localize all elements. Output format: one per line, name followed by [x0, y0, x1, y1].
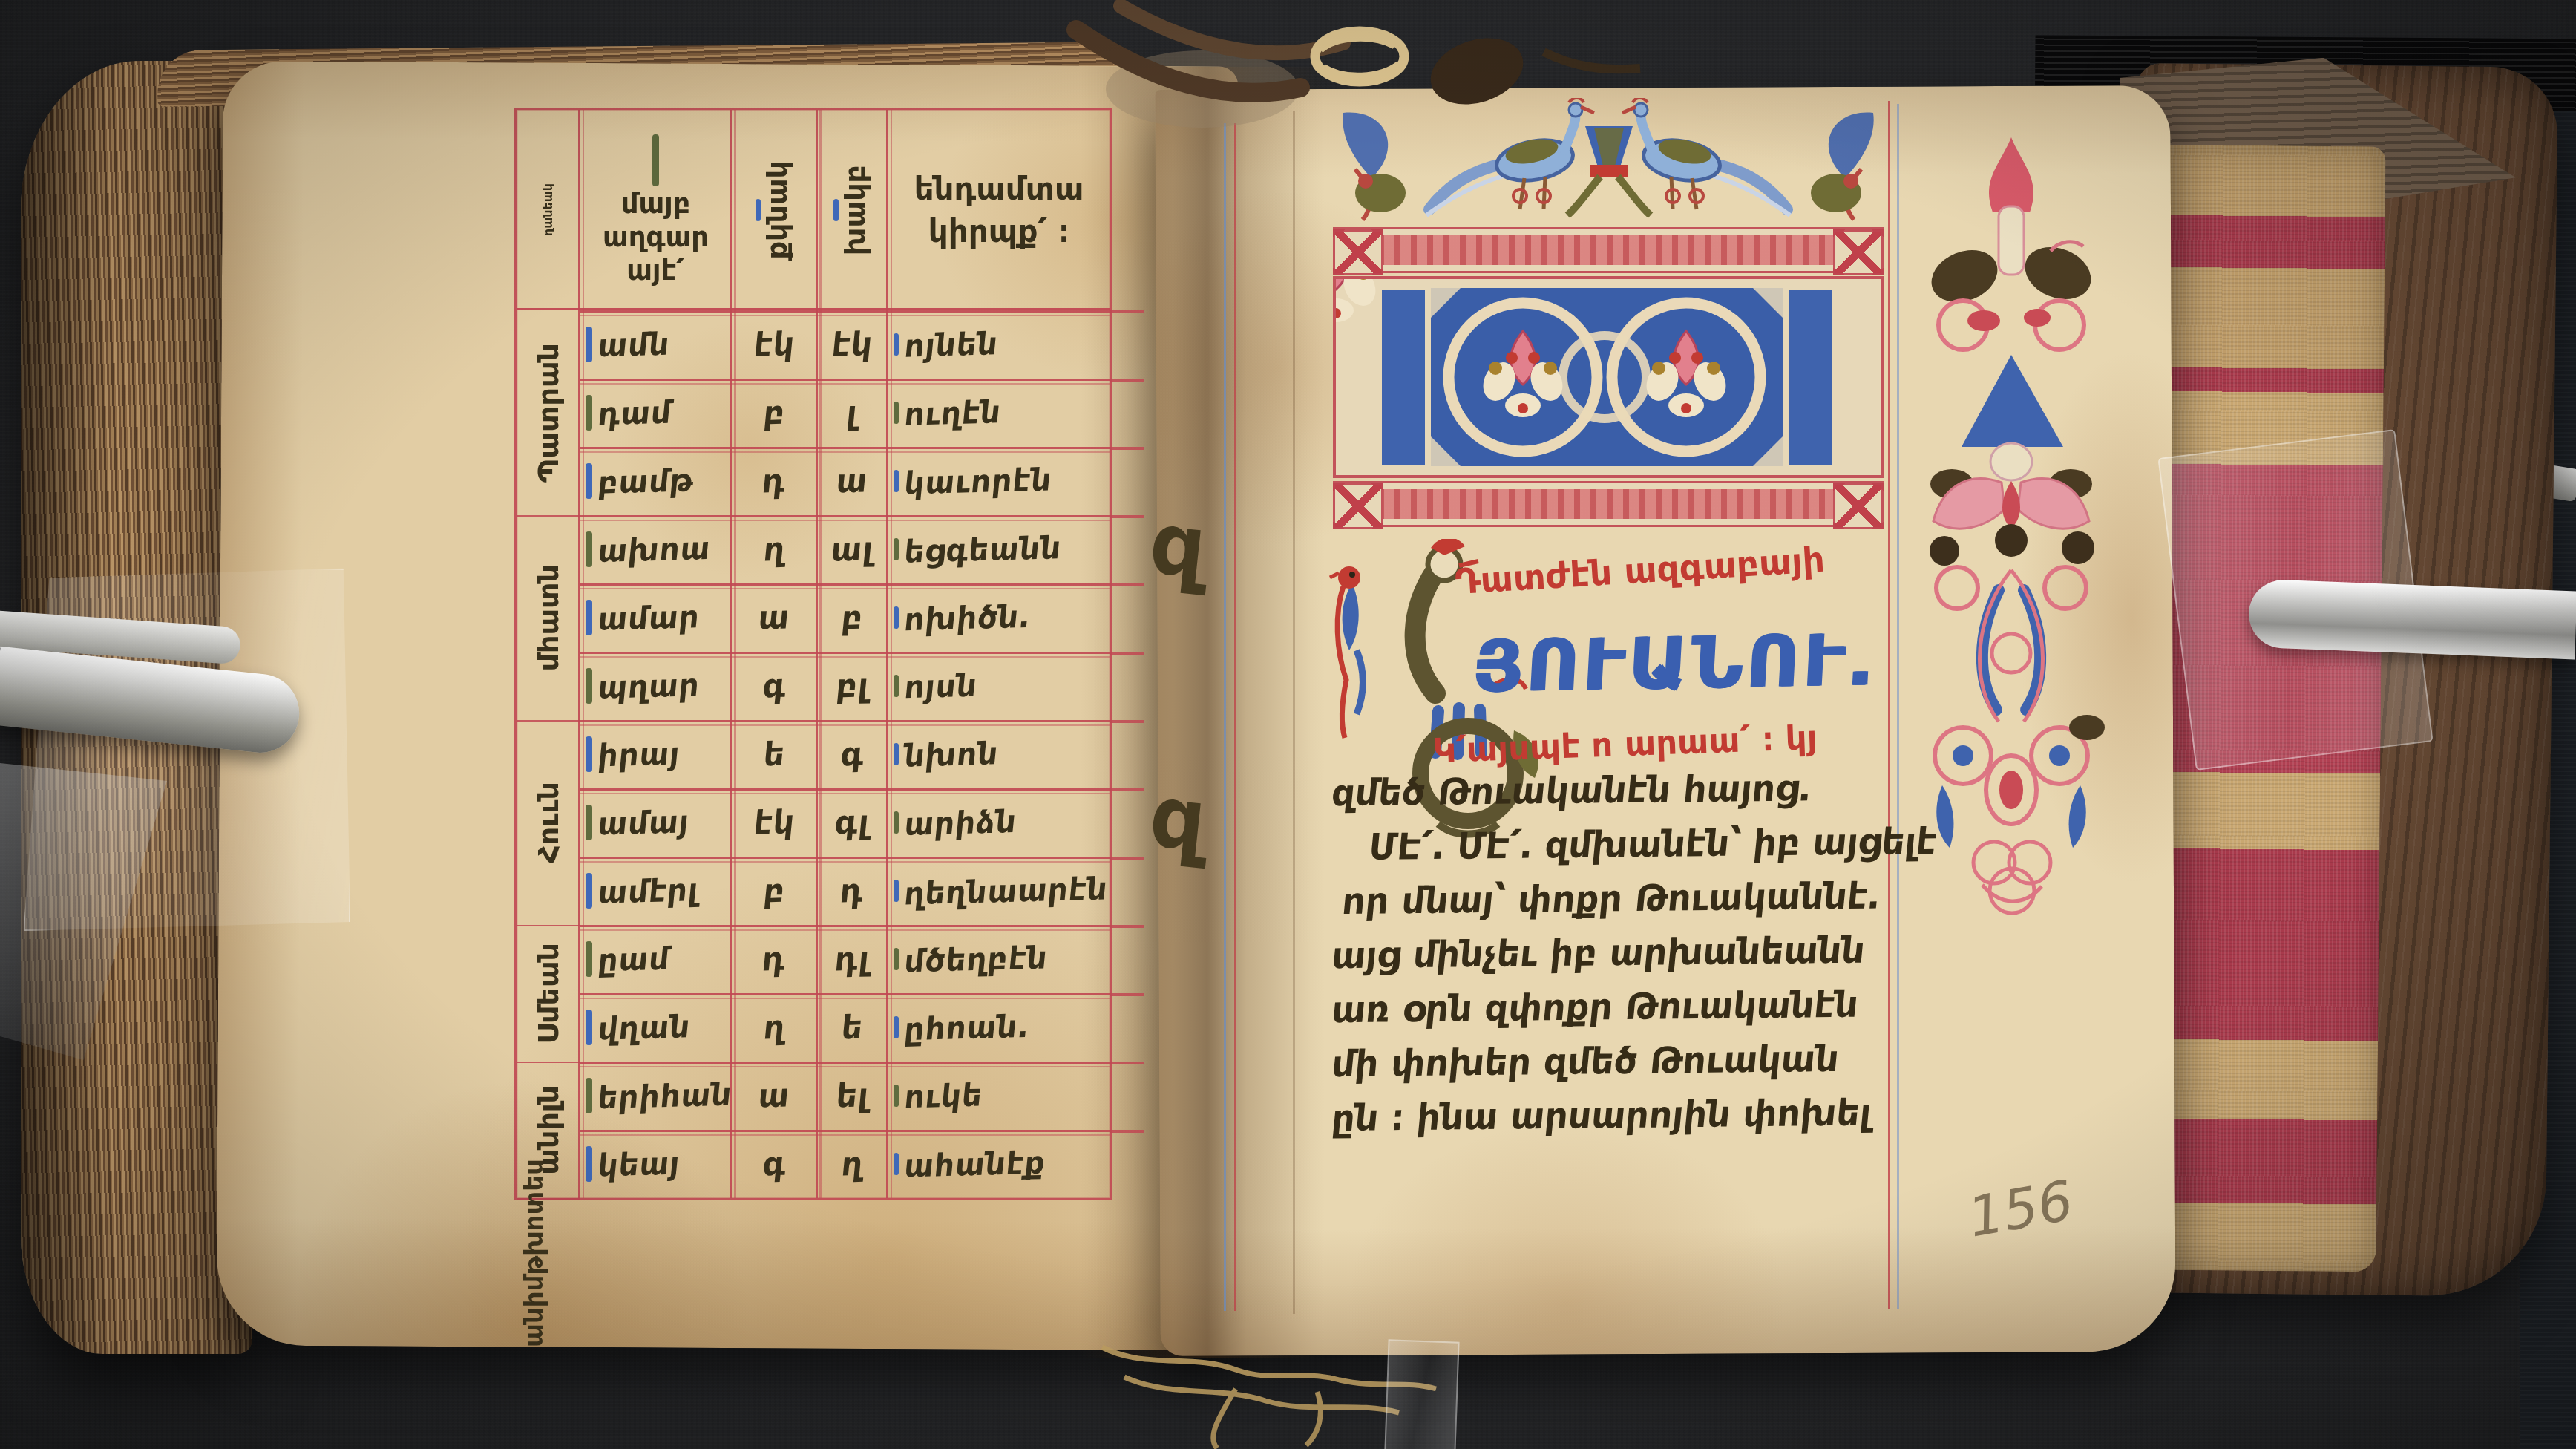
numeral-cell: գ: [732, 652, 817, 720]
header-label: կիրպք՛ ։: [928, 213, 1069, 249]
initial-mark: [586, 736, 592, 772]
numeral-cell: դ: [817, 857, 888, 925]
body-line: այց մինչեւ իբ արխանեանն: [1330, 930, 1921, 975]
numeral-cell: ալ: [817, 515, 888, 583]
header-label: խակբ: [839, 165, 871, 255]
table-row: երիհան ա ել ուկե: [517, 1062, 1110, 1130]
marginal-note: անիմթխոտես: [520, 1199, 549, 1347]
name-cell: ըամ: [580, 925, 732, 993]
table-row: ամէրլ բ դ ղեղնաարէն: [517, 857, 1110, 925]
binding-ties: [1024, 0, 1692, 137]
initial-mark: [894, 402, 899, 424]
initial-mark: [894, 675, 899, 697]
numeral: ղ: [761, 530, 787, 569]
table-row: ամայ էկ գլ արիձն զ: [517, 788, 1110, 857]
body-line: ՄԷ՛․ ՄԷ՛․ զմխանէն՝ իբ այցելէ: [1367, 822, 1921, 867]
numeral-cell: ա: [732, 583, 817, 652]
month-group-label: մհատն: [517, 515, 580, 722]
entry-word: ոյսն: [902, 667, 979, 705]
entry-word: մծեղբէն: [902, 939, 1049, 979]
numeral: ա: [757, 1076, 792, 1115]
plastic-clip: [1384, 1339, 1459, 1449]
name-cell: ամէրլ: [580, 857, 732, 925]
numeral: ել: [834, 1076, 871, 1115]
numeral: էկ: [752, 803, 796, 842]
margin-rule-blue-left: [1224, 123, 1226, 1311]
word-cell: ուկե: [888, 1062, 1110, 1130]
numeral-cell: դլ: [817, 925, 888, 993]
numeral-cell: գ: [732, 1130, 817, 1198]
numeral: գ: [761, 1145, 788, 1183]
entry-word: ոյնեն: [902, 325, 1000, 364]
initial-mark: [586, 395, 592, 431]
entry-word: կաւորէն: [902, 461, 1054, 501]
word-cell: մծեղբէն: [888, 925, 1110, 993]
word-cell: ահանէք: [888, 1130, 1110, 1198]
table-row: ախոա ղ ալ եցգեանն զ: [517, 515, 1110, 583]
month-name: բամթ: [596, 462, 695, 500]
month-group-label: Սմեան: [517, 925, 580, 1063]
numeral-cell: ե: [817, 993, 888, 1062]
metal-rod: [2247, 579, 2576, 660]
entry-word: եցգեանն: [902, 529, 1063, 570]
entry-word: ուկե: [902, 1076, 984, 1115]
header-label: ենդամտա: [914, 171, 1084, 207]
name-cell: ախոա: [580, 515, 732, 583]
header-label: այէ՛: [626, 255, 684, 287]
numeral-cell: ա: [732, 1062, 817, 1130]
numeral: ղ: [839, 1145, 865, 1183]
entry-word: ղեղնաարէն: [902, 870, 1110, 912]
numeral: լ: [845, 393, 860, 431]
entry-word: ուղէն: [902, 393, 1003, 432]
calendar-table: ղանեակ մայբ աղգար այէ՛ քկնակ խակբ ենդամտ…: [514, 108, 1112, 1200]
blue-display-title: ՅՈՒԱՆՈՒ․: [1471, 618, 1879, 708]
numeral-cell: դ: [732, 925, 817, 993]
initial-mark: [894, 811, 899, 834]
numeral: ղ: [761, 1008, 787, 1047]
marginal-letter: զ: [1145, 766, 1210, 871]
word-cell: ըհոան․: [888, 993, 1110, 1062]
month-name: ըամ: [596, 940, 671, 978]
month-name: երիհան: [596, 1076, 734, 1116]
body-line: առ օրն զփոքր Թուականէն: [1330, 984, 1921, 1030]
interlace-headpiece: [1333, 276, 1884, 478]
numeral: ալ: [829, 530, 875, 569]
initial-mark: [894, 1153, 899, 1175]
numeral-cell: բ: [817, 583, 888, 652]
body-line: զմեծ Թուականէն հայոց․: [1330, 768, 1921, 813]
month-name: պղար: [596, 667, 701, 706]
table-row: ըամ դ դլ մծեղբէն: [517, 925, 1110, 993]
numeral: դ: [761, 940, 788, 978]
word-cell: արիձն: [888, 788, 1110, 857]
word-cell: ղեղնաարէն: [888, 857, 1110, 925]
header-cell-word: ենդամտա կիրպք՛ ։: [888, 110, 1110, 310]
parrot-icon: [1330, 566, 1363, 738]
table-row: ամար ա բ ոխիծն․: [517, 583, 1110, 652]
initial-mark: [586, 873, 592, 909]
name-cell: դամ: [580, 379, 732, 447]
initial-mark: [586, 600, 592, 635]
month-name: ամայ: [596, 803, 691, 842]
table-row: դամ բ լ ուղէն: [517, 379, 1110, 447]
word-cell: ոյսն: [888, 652, 1110, 720]
month-name: ախոա: [596, 530, 712, 569]
body-line: որ մնայ՝ փոքր Թուականնէ․: [1340, 876, 1921, 921]
numeral: էկ: [830, 325, 874, 364]
numeral-cell: գլ: [817, 788, 888, 857]
name-cell: վղան: [580, 993, 732, 1062]
initial-mark: [894, 606, 899, 629]
numeral-cell: լ: [817, 379, 888, 447]
word-cell: ոխիծն․: [888, 583, 1110, 652]
marginal-letter: զ: [1145, 493, 1210, 598]
initial-mark: [586, 1010, 592, 1045]
name-cell: բամթ: [580, 447, 732, 515]
entry-word: նխոն: [902, 735, 1000, 773]
body-line: մի փոխեր զմեծ Թուական: [1330, 1038, 1921, 1084]
initial-mark: [652, 134, 659, 186]
numeral: ա: [835, 462, 870, 500]
table-row: վղան ղ ե ըհոան․: [517, 993, 1110, 1062]
header-label: քկնակ: [761, 160, 793, 260]
month-name: ամն: [596, 325, 671, 364]
chalice-icon: [1567, 126, 1651, 215]
numeral-cell: ղ: [732, 515, 817, 583]
table-row: բամթ դ ա կաւորէն: [517, 447, 1110, 515]
word-cell: նխոն: [888, 720, 1110, 788]
initial-mark: [894, 538, 899, 560]
initial-mark: [586, 668, 592, 704]
numeral: բ: [761, 871, 787, 910]
name-cell: ամայ: [580, 788, 732, 857]
header-cell-num1: քկնակ: [732, 110, 817, 310]
name-cell: երիհան: [580, 1062, 732, 1130]
word-cell: կաւորէն: [888, 447, 1110, 515]
numeral: դ: [839, 871, 866, 910]
header-label: աղգար: [603, 221, 709, 253]
numeral-cell: ա: [817, 447, 888, 515]
numeral-cell: ել: [817, 1062, 888, 1130]
initial-mark: [894, 1016, 899, 1038]
grid-line-ticks: [1110, 310, 1144, 1198]
margin-ornament: [1911, 134, 2111, 932]
name-cell: իրայ: [580, 720, 732, 788]
initial-mark: [586, 1078, 592, 1113]
page-crease: [1293, 111, 1295, 1314]
margin-rule-red-left: [1234, 123, 1236, 1311]
numeral: ա: [757, 598, 792, 637]
red-hatched-band: [1333, 481, 1884, 527]
numeral-cell: բլ: [817, 652, 888, 720]
month-name: դամ: [596, 393, 673, 432]
initial-mark: [586, 805, 592, 840]
open-manuscript-photo: ղանեակ մայբ աղգար այէ՛ քկնակ խակբ ենդամտ…: [0, 0, 2576, 1449]
numeral-cell: բ: [732, 379, 817, 447]
entry-word: ոխիծն․: [902, 598, 1032, 637]
initial-mark: [586, 1146, 592, 1182]
name-cell: պղար: [580, 652, 732, 720]
entry-word: ըհոան․: [902, 1007, 1031, 1047]
month-name: իրայ: [596, 735, 681, 773]
numeral: բլ: [834, 667, 871, 705]
name-cell: ամն: [580, 310, 732, 379]
numeral-cell: ե: [732, 720, 817, 788]
numeral-cell: էկ: [732, 788, 817, 857]
numeral: գլ: [833, 803, 872, 842]
initial-mark: [894, 333, 899, 356]
initial-mark: [894, 743, 899, 765]
rope-knot-icon: [1315, 31, 1404, 82]
numeral: գ: [839, 735, 866, 773]
month-name: կեայ: [596, 1145, 681, 1183]
numeral-cell: էկ: [732, 310, 817, 379]
numeral-cell: դ: [732, 447, 817, 515]
table-header-row: ղանեակ մայբ աղգար այէ՛ քկնակ խակբ ենդամտ…: [517, 110, 1110, 310]
header-label: մայբ: [621, 188, 691, 220]
initial-mark: [586, 941, 592, 977]
header-cell-num2: խակբ: [817, 110, 888, 310]
numeral: էկ: [752, 325, 796, 364]
month-group-label: Պատրան: [517, 310, 580, 517]
header-cell-name: մայբ աղգար այէ՛: [580, 110, 732, 310]
body-text-block: զմեծ Թուականէն հայոց․ՄԷ՛․ ՄԷ՛․ զմխանէն՝ …: [1332, 771, 1918, 1150]
word-cell: ոյնեն: [888, 310, 1110, 379]
group-label-text: մհատն: [532, 564, 565, 671]
numeral: դլ: [833, 940, 872, 978]
numeral: ե: [761, 735, 787, 773]
initial-mark: [586, 531, 592, 567]
word-cell: եցգեանն: [888, 515, 1110, 583]
table-row: ամն էկ էկ ոյնեն: [517, 310, 1110, 379]
initial-mark: [833, 199, 839, 221]
numeral-cell: բ: [732, 857, 817, 925]
group-label-text: Հոււն: [532, 782, 565, 863]
entry-word: ահանէք: [902, 1144, 1047, 1184]
red-hatched-band: [1333, 227, 1884, 273]
numeral-cell: ղ: [817, 1130, 888, 1198]
palmette-icon: [1336, 279, 1382, 322]
numeral: գ: [761, 667, 788, 705]
initial-mark: [894, 1085, 899, 1107]
initial-mark: [586, 327, 592, 362]
numeral-cell: ղ: [732, 993, 817, 1062]
month-name: ամար: [596, 598, 701, 638]
numeral: բ: [839, 598, 865, 637]
interlace-headpiece-art: [1336, 279, 1881, 475]
table-row: իրայ ե գ նխոն: [517, 720, 1110, 788]
name-cell: կեայ: [580, 1130, 732, 1198]
initial-mark: [894, 470, 899, 492]
month-group-label: Հոււն: [517, 720, 580, 926]
group-label-text: Պատրան: [532, 343, 565, 483]
initial-mark: [756, 199, 761, 221]
entry-word: արիձն: [902, 803, 1018, 843]
name-cell: ամար: [580, 583, 732, 652]
numeral-cell: էկ: [817, 310, 888, 379]
month-name: վղան: [596, 1008, 692, 1047]
body-line: ըն ։ ինա արսարոյին փոխել: [1330, 1093, 1921, 1138]
month-name: ամէրլ: [596, 871, 700, 911]
numeral: ե: [839, 1008, 865, 1047]
table-row: պղար գ բլ ոյսն: [517, 652, 1110, 720]
initial-mark: [586, 463, 592, 499]
numeral-cell: գ: [817, 720, 888, 788]
initial-mark: [894, 948, 899, 970]
initial-mark: [894, 880, 899, 902]
grid-line: [517, 308, 1110, 310]
table-row: կեայ գ ղ ահանէք: [517, 1130, 1110, 1198]
table-rows: ամն էկ էկ ոյնեն դամ բ լ ուղէն: [517, 310, 1110, 1198]
numeral: բ: [761, 393, 787, 432]
month-group-labels: Պատրան մհատն Հոււն Սմեան անիլն: [517, 110, 580, 1198]
word-cell: ուղէն: [888, 379, 1110, 447]
numeral: դ: [761, 462, 788, 500]
group-label-text: Սմեան: [532, 943, 565, 1044]
